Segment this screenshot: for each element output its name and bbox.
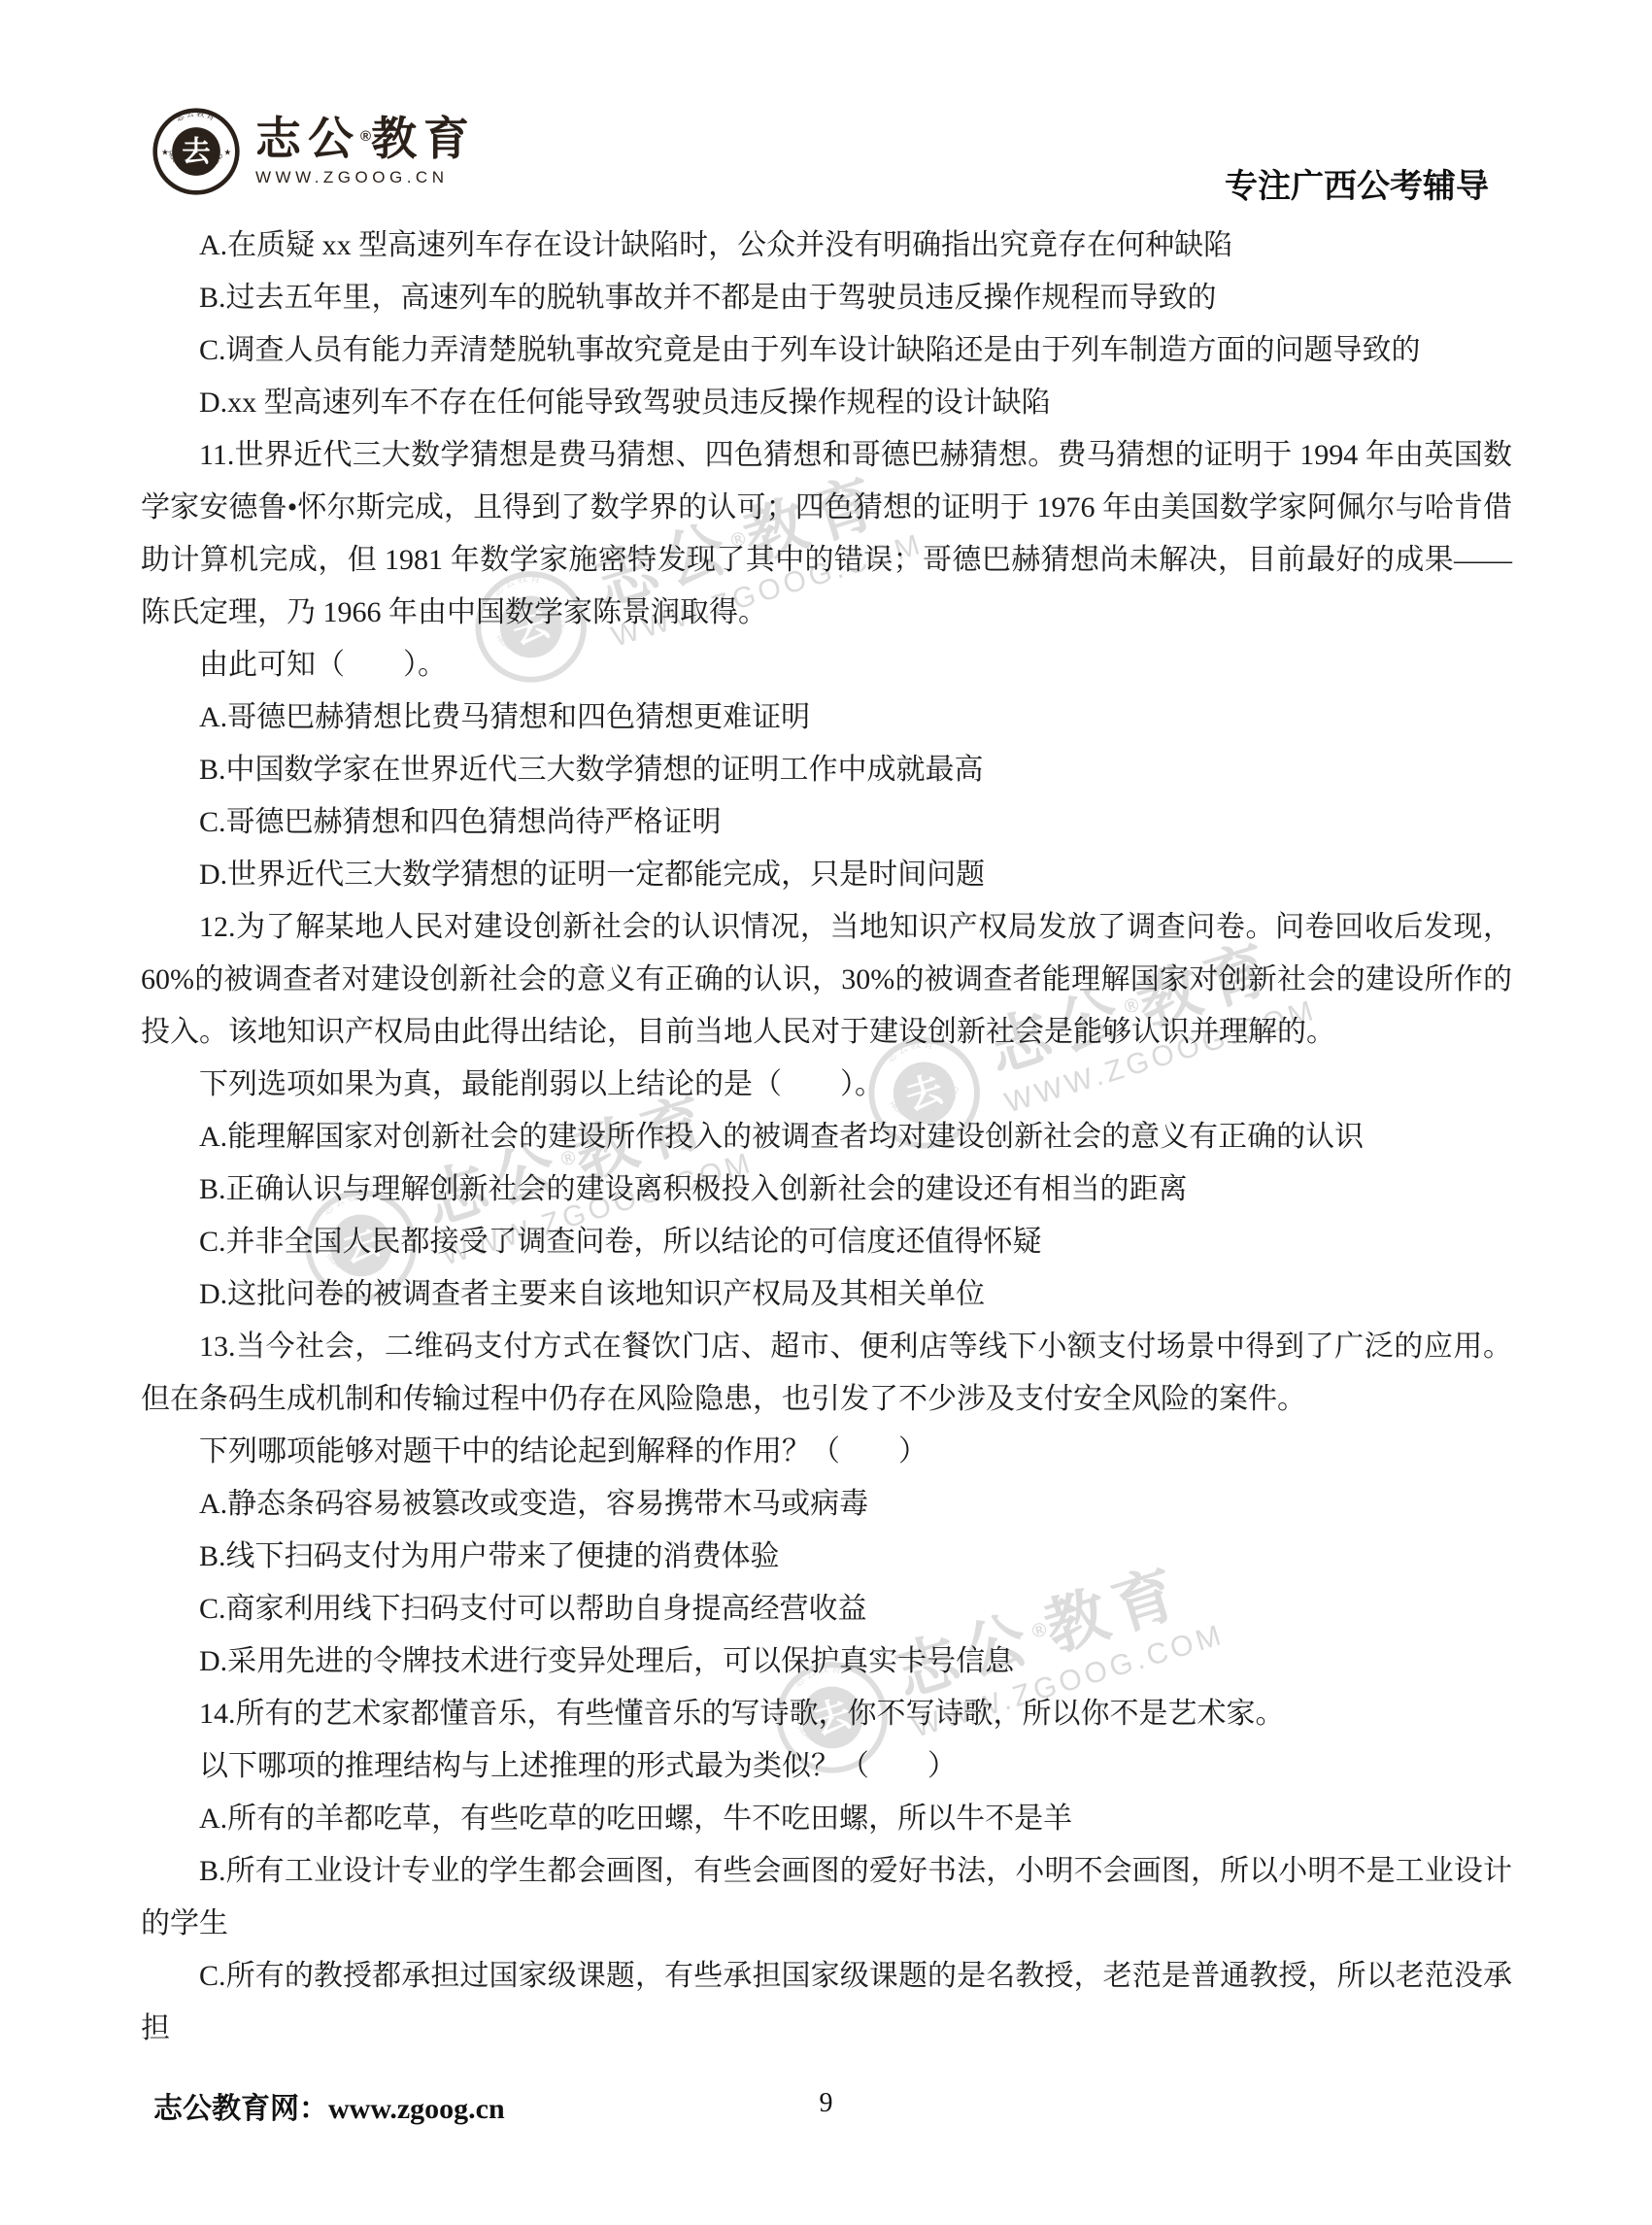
registered-mark: ® xyxy=(360,128,371,145)
seal-star-right: ★ xyxy=(224,149,231,157)
option-line: C.所有的教授都承担过国家级课题，有些承担国家级课题的是名教授，老范是普通教授，… xyxy=(141,1950,1512,2055)
logo-wordmark: 志公®教育 xyxy=(255,116,476,161)
option-line: D.世界近代三大数学猜想的证明一定都能完成，只是时间问题 xyxy=(141,849,1512,901)
option-line: B.过去五年里，高速列车的脱轨事故并不都是由于驾驶员违反操作规程而导致的 xyxy=(141,272,1512,324)
option-line: A.静态条码容易被篡改或变造，容易携带木马或病毒 xyxy=(141,1478,1512,1531)
question-paragraph: 14.所有的艺术家都懂音乐，有些懂音乐的写诗歌，你不写诗歌，所以你不是艺术家。 xyxy=(141,1688,1512,1740)
option-line: B.所有工业设计专业的学生都会画图，有些会画图的爱好书法，小明不会画图，所以小明… xyxy=(141,1845,1512,1950)
page-number: 9 xyxy=(0,2088,1652,2119)
option-line: C.哥德巴赫猜想和四色猜想尚待严格证明 xyxy=(141,796,1512,849)
stem-line: 以下哪项的推理结构与上述推理的形式最为类似？（ ） xyxy=(141,1740,1512,1793)
question-paragraph: 13.当今社会，二维码支付方式在餐饮门店、超市、便利店等线下小额支付场景中得到了… xyxy=(141,1321,1512,1426)
stem-line: 下列哪项能够对题干中的结论起到解释的作用？（ ） xyxy=(141,1426,1512,1478)
option-line: A.哥德巴赫猜想比费马猜想和四色猜想更难证明 xyxy=(141,691,1512,744)
logo-seal-icon: 志公教育 ZHIGONG EDUCATION SCHOOL ★ ★ 去 xyxy=(152,107,241,196)
option-line: D.这批问卷的被调查者主要来自该地知识产权局及其相关单位 xyxy=(141,1268,1512,1321)
seal-center-char: 去 xyxy=(182,136,210,168)
brand-logo: 志公教育 ZHIGONG EDUCATION SCHOOL ★ ★ 去 志公®教… xyxy=(152,107,476,196)
seal-star-left: ★ xyxy=(161,149,168,157)
logo-website: WWW.ZGOOG.CN xyxy=(255,168,476,187)
option-line: D.xx 型高速列车不存在任何能导致驾驶员违反操作规程的设计缺陷 xyxy=(141,377,1512,429)
stem-line: 下列选项如果为真，最能削弱以上结论的是（ ）。 xyxy=(141,1059,1512,1111)
option-line: C.并非全国人民都接受了调查问卷，所以结论的可信度还值得怀疑 xyxy=(141,1216,1512,1268)
option-line: A.所有的羊都吃草，有些吃草的吃田螺，牛不吃田螺，所以牛不是羊 xyxy=(141,1793,1512,1845)
option-line: D.采用先进的令牌技术进行变异处理后，可以保护真实卡号信息 xyxy=(141,1635,1512,1688)
option-line: C.调查人员有能力弄清楚脱轨事故究竟是由于列车设计缺陷还是由于列车制造方面的问题… xyxy=(141,324,1512,377)
option-line: C.商家利用线下扫码支付可以帮助自身提高经营收益 xyxy=(141,1583,1512,1635)
document-page: { "page": { "background": "#ffffff", "te… xyxy=(0,0,1652,2225)
option-line: B.线下扫码支付为用户带来了便捷的消费体验 xyxy=(141,1531,1512,1583)
option-line: A.能理解国家对创新社会的建设所作投入的被调查者均对建设创新社会的意义有正确的认… xyxy=(141,1111,1512,1163)
question-paragraph: 11.世界近代三大数学猜想是费马猜想、四色猜想和哥德巴赫猜想。费马猜想的证明于 … xyxy=(141,429,1512,639)
header-tagline: 专注广西公考辅导 xyxy=(1225,159,1489,207)
question-paragraph: 12.为了解某地人民对建设创新社会的认识情况，当地知识产权局发放了调查问卷。问卷… xyxy=(141,901,1512,1059)
option-line: B.中国数学家在世界近代三大数学猜想的证明工作中成就最高 xyxy=(141,744,1512,796)
stem-line: 由此可知（ ）。 xyxy=(141,639,1512,691)
option-line: B.正确认识与理解创新社会的建设离积极投入创新社会的建设还有相当的距离 xyxy=(141,1163,1512,1216)
option-line: A.在质疑 xx 型高速列车存在设计缺陷时，公众并没有明确指出究竟存在何种缺陷 xyxy=(141,219,1512,272)
content: A.在质疑 xx 型高速列车存在设计缺陷时，公众并没有明确指出究竟存在何种缺陷B… xyxy=(141,219,1512,2055)
